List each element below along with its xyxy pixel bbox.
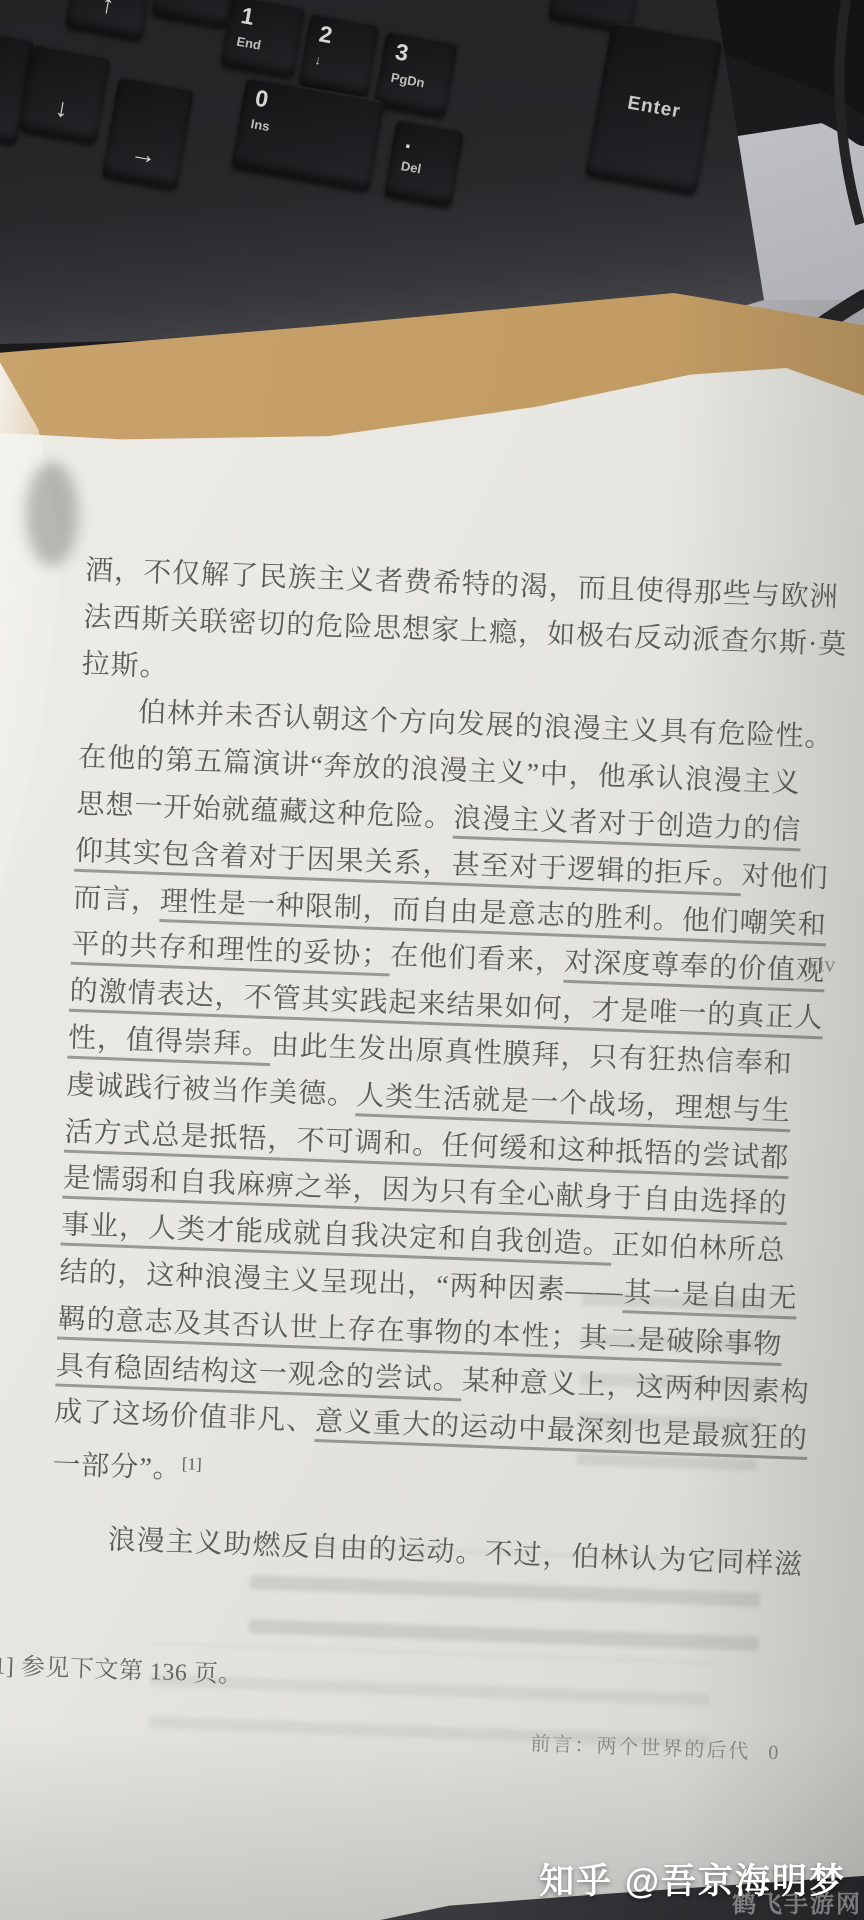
key-down: ↓ [19,44,111,144]
footer-page-number: 0 [768,1742,781,1764]
key-enter: Enter [585,21,722,194]
key-partial-a [151,0,237,28]
page-text-block: 酒，不仅解了民族主义者费希特的渴，而且使得那些与欧洲法西斯关联密切的危险思想家上… [49,548,776,1587]
underlined-text: 对深度尊奉的价值观 [563,947,825,993]
text-segment: 虔诚践行被当作美德。 [66,1069,357,1111]
key-enter-label: Enter [626,93,683,124]
key-dot: .Del [384,119,465,208]
key-num1-label: 1 [239,2,257,31]
text-segment: 对他们 [741,860,829,894]
text-segment: 成了这场价值非凡、 [54,1397,316,1438]
key-num1: 1End [220,0,305,78]
text-segment: 思想一开始就蕴藏这种危险。 [76,789,454,834]
key-dot-sublabel: Del [400,158,423,176]
key-down-label: ↓ [50,92,72,139]
key-num2: 2↓ [298,12,380,97]
underlined-text: 平的共存和理性的妥协； [71,929,391,977]
text-segment: 而言， [73,882,161,916]
key-num0-sublabel: Ins [250,116,271,134]
underlined-text: 他们嘲笑和 [681,905,827,946]
text-segment: 正如伯林所总 [611,1230,786,1267]
page-edge-shadow [26,462,78,566]
footnote-ref: [1] [182,1454,203,1474]
key-dot-label: . [403,127,415,155]
key-right-label: → [126,137,160,186]
text-segment: 拉斯。 [81,649,169,683]
underlined-text: 其二是破除事物 [579,1322,783,1365]
key-num3: 3PgDn [374,30,458,117]
key-num2-sublabel: ↓ [314,52,323,68]
text-segment: 一部分”。 [52,1450,182,1486]
key-up-label: ↑ [96,0,118,35]
margin-page-marker: xiv [807,951,836,978]
site-watermark: 鹤飞手游网 [0,1884,862,1919]
key-right: → [102,76,195,190]
key-num0-label: 0 [253,85,271,114]
key-num2-label: 2 [317,20,335,49]
underlined-text: 性，值得崇拜。 [67,1023,271,1066]
body-paragraphs: 酒，不仅解了民族主义者费希特的渴，而且使得那些与欧洲法西斯关联密切的危险思想家上… [49,548,776,1587]
key-num3-sublabel: PgDn [390,70,426,91]
underlined-text: 其一是自由无 [623,1277,798,1319]
text-segment: 在他们看来， [390,941,565,978]
keyboard-keys: ↑↓→1End2↓3PgDn0Ins.DelEnter [0,0,864,350]
key-num1-sublabel: End [235,34,262,53]
key-num3-label: 3 [393,38,411,67]
key-up: ↑ [65,0,154,40]
